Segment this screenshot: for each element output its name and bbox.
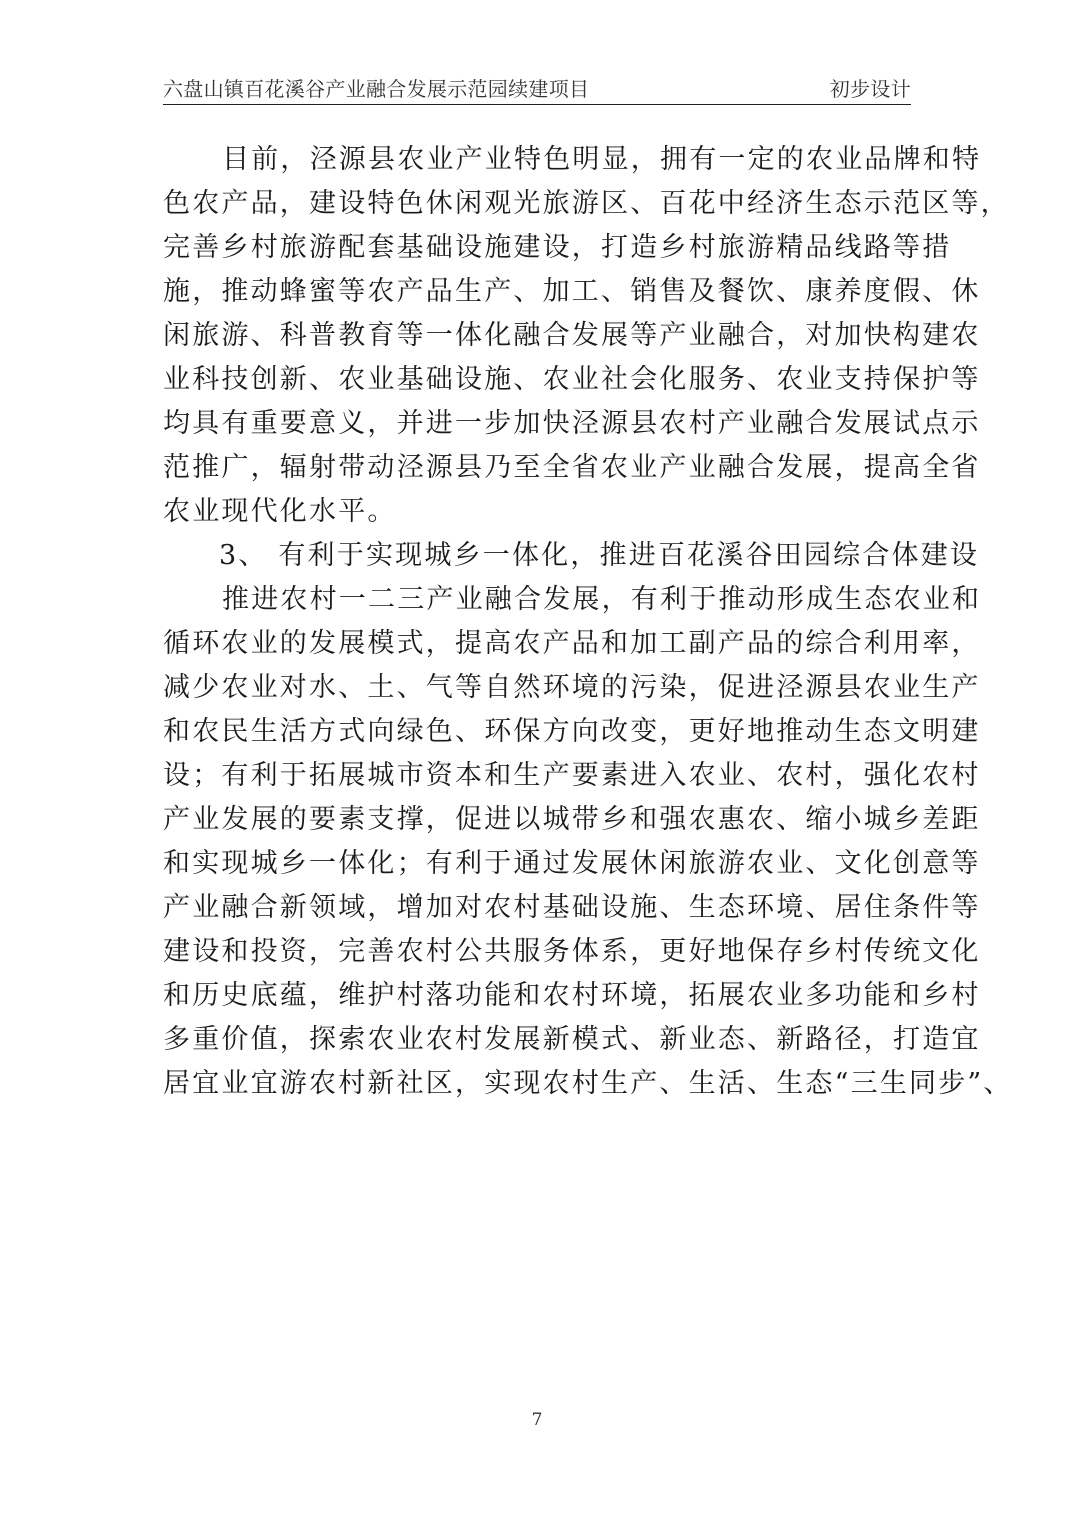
paragraph-1-line-5: 闲旅游、科普教育等一体化融合发展等产业融合，对加快构建农 [163, 314, 911, 358]
paragraph-1-line-1: 目前，泾源县农业产业特色明显，拥有一定的农业品牌和特 [163, 138, 911, 182]
paragraph-1-line-6: 业科技创新、农业基础设施、农业社会化服务、农业支持保护等 [163, 358, 911, 402]
page-number: 7 [0, 1410, 1074, 1430]
paragraph-2-line-4: 和农民生活方式向绿色、环保方向改变，更好地推动生态文明建 [163, 710, 911, 754]
paragraph-2-line-1: 推进农村一二三产业融合发展，有利于推动形成生态农业和 [163, 578, 911, 622]
paragraph-2-line-9: 建设和投资，完善农村公共服务体系，更好地保存乡村传统文化 [163, 930, 911, 974]
paragraph-1-line-9: 农业现代化水平。 [163, 490, 911, 534]
page-header: 六盘山镇百花溪谷产业融合发展示范园续建项目 初步设计 [163, 76, 911, 105]
paragraph-2-line-11: 多重价值，探索农业农村发展新模式、新业态、新路径，打造宜 [163, 1018, 911, 1062]
document-title: 六盘山镇百花溪谷产业融合发展示范园续建项目 [163, 76, 589, 104]
document-section: 初步设计 [830, 76, 911, 104]
paragraph-2-line-12: 居宜业宜游农村新社区，实现农村生产、生活、生态“三生同步”、 [163, 1062, 911, 1106]
paragraph-1-line-3: 完善乡村旅游配套基础设施建设，打造乡村旅游精品线路等措 [163, 226, 911, 270]
paragraph-2-line-7: 和实现城乡一体化；有利于通过发展休闲旅游农业、文化创意等 [163, 842, 911, 886]
paragraph-2-line-8: 产业融合新领域，增加对农村基础设施、生态环境、居住条件等 [163, 886, 911, 930]
paragraph-2-line-6: 产业发展的要素支撑，促进以城带乡和强农惠农、缩小城乡差距 [163, 798, 911, 842]
paragraph-1-line-7: 均具有重要意义，并进一步加快泾源县农村产业融合发展试点示 [163, 402, 911, 446]
paragraph-2-line-3: 减少农业对水、土、气等自然环境的污染，促进泾源县农业生产 [163, 666, 911, 710]
section-heading-3: 3、 有利于实现城乡一体化，推进百花溪谷田园综合体建设 [163, 534, 911, 578]
body-text: 目前，泾源县农业产业特色明显，拥有一定的农业品牌和特 色农产品，建设特色休闲观光… [163, 138, 911, 1106]
paragraph-2-line-10: 和历史底蕴，维护村落功能和农村环境，拓展农业多功能和乡村 [163, 974, 911, 1018]
paragraph-2-line-2: 循环农业的发展模式，提高农产品和加工副产品的综合利用率， [163, 622, 911, 666]
paragraph-1-line-2: 色农产品，建设特色休闲观光旅游区、百花中经济生态示范区等， [163, 182, 911, 226]
paragraph-1-line-8: 范推广，辐射带动泾源县乃至全省农业产业融合发展，提高全省 [163, 446, 911, 490]
paragraph-1-line-4: 施，推动蜂蜜等农产品生产、加工、销售及餐饮、康养度假、休 [163, 270, 911, 314]
paragraph-2-line-5: 设；有利于拓展城市资本和生产要素进入农业、农村，强化农村 [163, 754, 911, 798]
